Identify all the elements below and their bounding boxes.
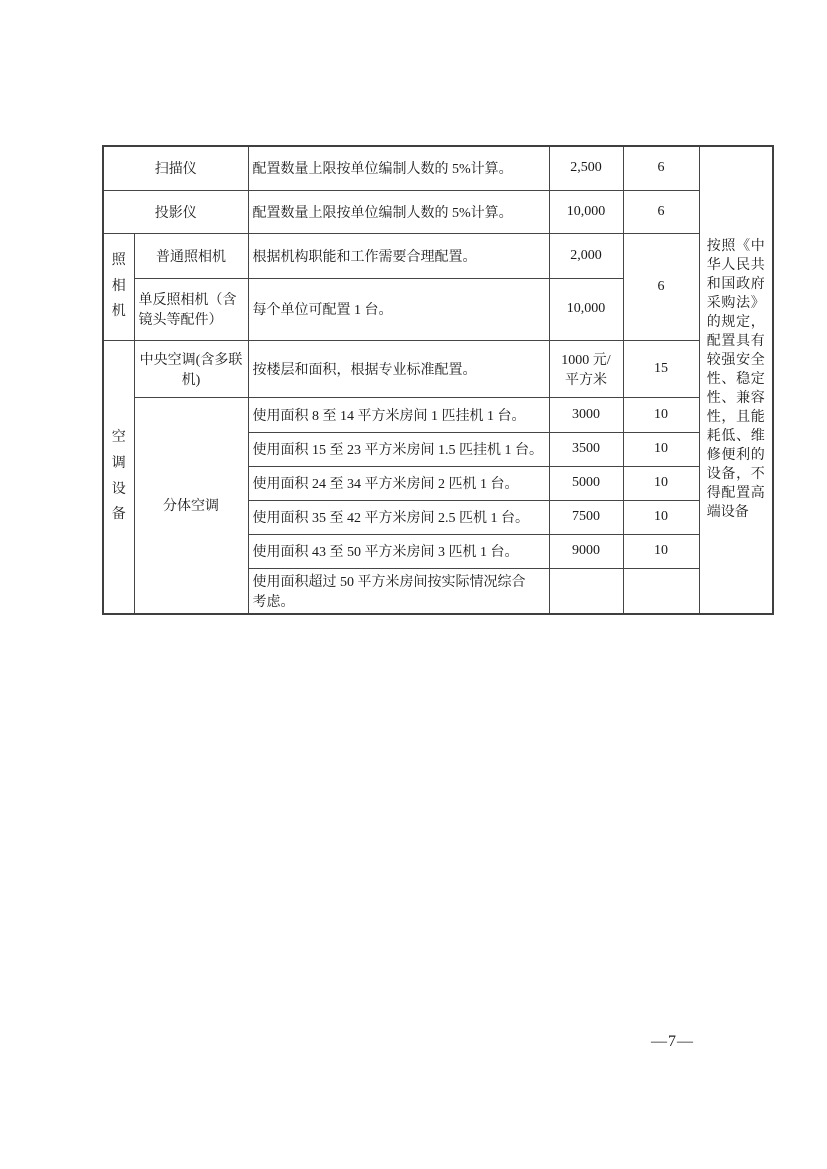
table-row: 扫描仪 配置数量上限按单位编制人数的 5%计算。 2,500 6 按照《中华人民… (103, 146, 773, 190)
group-cell-ac: 空调设备 (103, 340, 134, 614)
group-cell-camera: 照相机 (103, 233, 134, 340)
price-cell: 10,000 (549, 278, 623, 340)
desc-cell: 使用面积 35 至 42 平方米房间 2.5 匹机 1 台。 (248, 500, 549, 534)
years-cell: 6 (623, 190, 699, 233)
desc-cell: 配置数量上限按单位编制人数的 5%计算。 (248, 190, 549, 233)
price-cell-empty (549, 568, 623, 614)
years-cell-merged: 6 (623, 233, 699, 340)
table-row: 照相机 普通照相机 根据机构职能和工作需要合理配置。 2,000 6 (103, 233, 773, 278)
price-cell: 7500 (549, 500, 623, 534)
desc-text: 使用面积超过 50 平方米房间按实际情况综合考虑。 (253, 571, 536, 611)
years-cell: 15 (623, 340, 699, 397)
note-text: 按照《中华人民共和国政府采购法》的规定，配置具有较强安全性、稳定性、兼容性，且能… (707, 237, 765, 522)
price-cell: 2,500 (549, 146, 623, 190)
price-cell: 2,000 (549, 233, 623, 278)
table-row: 投影仪 配置数量上限按单位编制人数的 5%计算。 10,000 6 (103, 190, 773, 233)
price-cell: 9000 (549, 534, 623, 568)
price-cell: 3500 (549, 432, 623, 466)
desc-cell: 每个单位可配置 1 台。 (248, 278, 549, 340)
years-cell: 10 (623, 534, 699, 568)
page-number: —7— (651, 1033, 694, 1051)
price-cell: 5000 (549, 466, 623, 500)
item-cell-ordinary-camera: 普通照相机 (134, 233, 248, 278)
item-cell-scanner: 扫描仪 (103, 146, 248, 190)
item-cell-slr-camera: 单反照相机（含镜头等配件） (134, 278, 248, 340)
item-cell-projector: 投影仪 (103, 190, 248, 233)
table-row: 分体空调 使用面积 8 至 14 平方米房间 1 匹挂机 1 台。 3000 1… (103, 397, 773, 432)
desc-cell: 使用面积 8 至 14 平方米房间 1 匹挂机 1 台。 (248, 397, 549, 432)
years-cell: 10 (623, 432, 699, 466)
years-cell: 10 (623, 397, 699, 432)
years-cell: 10 (623, 466, 699, 500)
item-cell-central-ac: 中央空调(含多联机) (134, 340, 248, 397)
years-cell: 6 (623, 146, 699, 190)
desc-cell: 使用面积 15 至 23 平方米房间 1.5 匹挂机 1 台。 (248, 432, 549, 466)
group-label-camera: 照相机 (111, 248, 126, 326)
price-cell: 10,000 (549, 190, 623, 233)
note-cell: 按照《中华人民共和国政府采购法》的规定，配置具有较强安全性、稳定性、兼容性，且能… (699, 146, 773, 614)
desc-cell: 按楼层和面积，根据专业标准配置。 (248, 340, 549, 397)
years-cell-empty (623, 568, 699, 614)
standards-table: 扫描仪 配置数量上限按单位编制人数的 5%计算。 2,500 6 按照《中华人民… (102, 145, 774, 615)
price-cell: 1000 元/ 平方米 (549, 340, 623, 397)
desc-cell: 使用面积超过 50 平方米房间按实际情况综合考虑。 (248, 568, 549, 614)
price-cell: 3000 (549, 397, 623, 432)
desc-cell: 根据机构职能和工作需要合理配置。 (248, 233, 549, 278)
item-cell-split-ac: 分体空调 (134, 397, 248, 614)
desc-cell: 配置数量上限按单位编制人数的 5%计算。 (248, 146, 549, 190)
table-row: 空调设备 中央空调(含多联机) 按楼层和面积，根据专业标准配置。 1000 元/… (103, 340, 773, 397)
desc-cell: 使用面积 43 至 50 平方米房间 3 匹机 1 台。 (248, 534, 549, 568)
document-page: { "page": { "number": "—7—" }, "table": … (0, 0, 827, 1169)
years-cell: 10 (623, 500, 699, 534)
group-label-ac: 空调设备 (111, 425, 126, 529)
desc-cell: 使用面积 24 至 34 平方米房间 2 匹机 1 台。 (248, 466, 549, 500)
